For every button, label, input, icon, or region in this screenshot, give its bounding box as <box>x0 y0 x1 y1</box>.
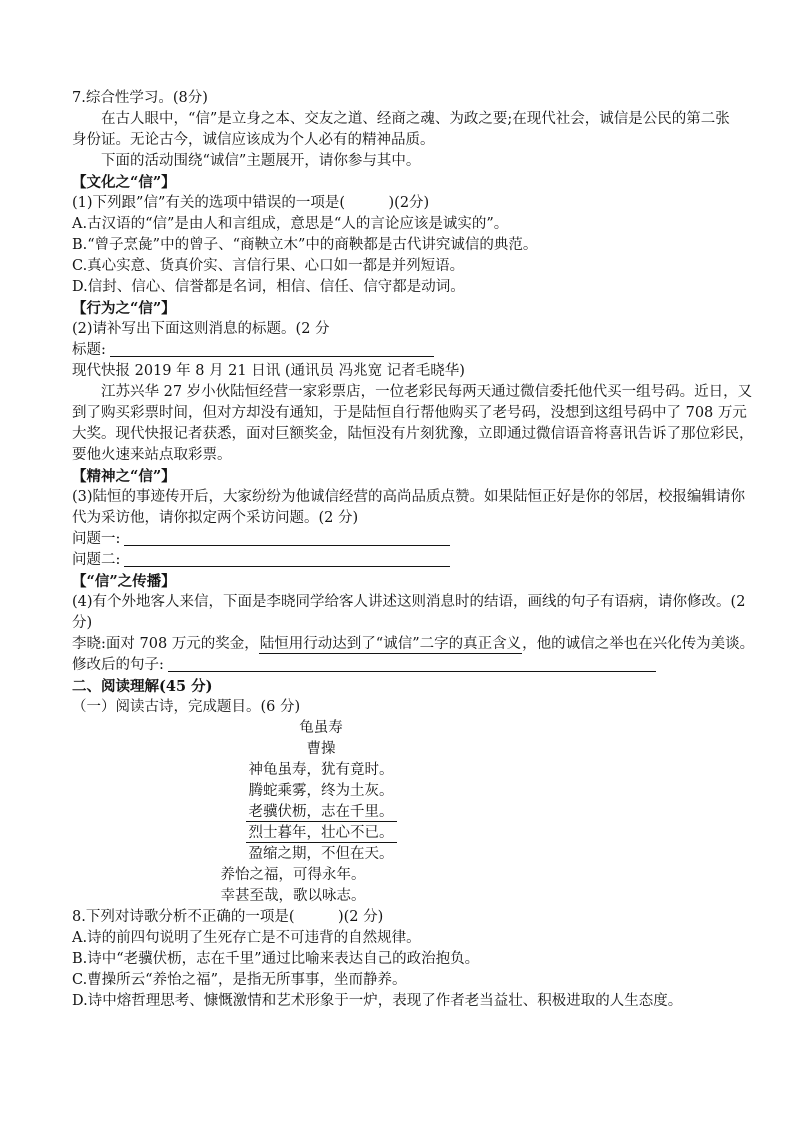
news-line-1: 江苏兴华 27 岁小伙陆恒经营一家彩票店，一位老彩民每两天通过微信委托他代买一组… <box>72 382 741 403</box>
question-8-option-b: B.诗中“老骥伏枥，志在千里”通过比喻来表达自己的政治抱负。 <box>72 949 741 970</box>
question-1: (1)下列跟”信”有关的选项中错误的一项是( )(2分) <box>72 193 741 214</box>
intro-paragraph-line-1: 在古人眼中，“信”是立身之本、交友之道、经商之魂、为政之要;在现代社会，诚信是公… <box>72 109 741 130</box>
poem-line: 腾蛇乘雾，终为土灰。 <box>72 781 570 802</box>
interview-answer-blank-1 <box>124 532 450 546</box>
question-1-label: 问题一: <box>72 531 120 547</box>
interview-answer-blank-2 <box>124 553 450 567</box>
question-1-option-c: C.真心实意、货真价实、言信行果、心口如一都是并列短语。 <box>72 256 741 277</box>
question-4-line-1: (4)有个外地客人来信，下面是李晓同学给客人讲述这则消息时的结语，画线的句子有语… <box>72 592 741 613</box>
lixiao-underlined-clause: 陆恒用行动达到了“诚信”二字的真正含义 <box>259 636 522 654</box>
section-behavior-heading: 【行为之“信”】 <box>72 298 741 319</box>
question-1-option-b: B.“曾子烹彘”中的曾子、“商鞅立木”中的商鞅都是古代讲究诚信的典范。 <box>72 235 741 256</box>
question-3-line-1: (3)陆恒的事迹传开后，大家纷纷为他诚信经营的高尚品质点赞。如果陆恒正好是你的邻… <box>72 487 741 508</box>
part-2-sub-heading: （一）阅读古诗，完成题目。(6 分) <box>72 697 741 718</box>
intro-paragraph-line-2: 身份证。无论古今，诚信应该成为个人必有的精神品质。 <box>72 130 741 151</box>
poem-line: 盈缩之期，不但在天。 <box>72 844 570 865</box>
interview-question-2-line: 问题二: <box>72 550 741 571</box>
section-spirit-heading: 【精神之“信”】 <box>72 466 741 487</box>
question-1-option-a: A.古汉语的“信”是由人和言组成，意思是“人的言论应该是诚实的”。 <box>72 214 741 235</box>
question-2-label: 问题二: <box>72 552 120 568</box>
section-spread-heading: 【“信”之传播】 <box>72 571 741 592</box>
poem-title: 龟虽寿 <box>72 718 570 739</box>
interview-question-1-line: 问题一: <box>72 529 741 550</box>
question-3-line-2: 代为采访他，请你拟定两个采访问题。(2 分) <box>72 508 741 529</box>
title-blank-line: 标题: <box>72 340 741 361</box>
poem-line: 神龟虽寿，犹有竟时。 <box>72 760 570 781</box>
lixiao-statement-line: 李晓:面对 708 万元的奖金，陆恒用行动达到了“诚信”二字的真正含义，他的诚信… <box>72 634 741 655</box>
question-8-option-d: D.诗中熔哲理思考、慷慨激情和艺术形象于一炉，表现了作者老当益壮、积极进取的人生… <box>72 991 741 1012</box>
news-line-4: 要他火速来站点取彩票。 <box>72 445 741 466</box>
poem-line-underlined: 烈士暮年，壮心不已。 <box>72 823 570 844</box>
question-8: 8.下列对诗歌分析不正确的一项是( )(2 分) <box>72 907 741 928</box>
lixiao-suffix: ，他的诚信之举也在兴化传为美谈。 <box>522 636 754 652</box>
poem-gui-sui-shou: 龟虽寿 曹操 神龟虽寿，犹有竟时。 腾蛇乘雾，终为土灰。 老骥伏枥，志在千里。 … <box>72 718 570 907</box>
revised-sentence-blank <box>168 658 656 672</box>
question-8-option-a: A.诗的前四句说明了生死存亡是不可违背的自然规律。 <box>72 928 741 949</box>
poem-author: 曹操 <box>72 739 570 760</box>
question-4-line-2: 分) <box>72 613 741 634</box>
exam-page: 7.综合性学习。(8分) 在古人眼中，“信”是立身之本、交友之道、经商之魂、为政… <box>0 0 793 1122</box>
lixiao-prefix: 李晓:面对 708 万元的奖金， <box>72 636 259 652</box>
poem-line: 幸甚至哉，歌以咏志。 <box>44 886 542 907</box>
section-culture-heading: 【文化之“信”】 <box>72 172 741 193</box>
news-line-2: 到了购买彩票时间，但对方却没有通知，于是陆恒自行帮他购买了老号码，没想到这组号码… <box>72 403 741 424</box>
news-source-line: 现代快报 2019 年 8 月 21 日讯 (通讯员 冯兆宽 记者毛晓华) <box>72 361 741 382</box>
question-1-option-d: D.信封、信心、信誉都是名词，相信、信任、信守都是动词。 <box>72 277 741 298</box>
news-line-3: 大奖。现代快报记者获悉，面对巨额奖金，陆恒没有片刻犹豫，立即通过微信语音将喜讯告… <box>72 424 741 445</box>
part-2-heading: 二、阅读理解(45 分) <box>72 676 741 697</box>
revised-sentence-line: 修改后的句子: <box>72 655 741 676</box>
revised-sentence-label: 修改后的句子: <box>72 657 164 673</box>
activity-line: 下面的活动围绕“诚信”主题展开，请你参与其中。 <box>72 151 741 172</box>
question-7-heading: 7.综合性学习。(8分) <box>72 88 741 109</box>
poem-line: 养怡之福，可得永年。 <box>44 865 542 886</box>
title-answer-blank <box>110 343 434 357</box>
question-8-option-c: C.曹操所云“养怡之福”，是指无所事事，坐而静养。 <box>72 970 741 991</box>
title-label: 标题: <box>72 342 106 358</box>
poem-line-underlined: 老骥伏枥，志在千里。 <box>72 802 570 823</box>
question-2: (2)请补写出下面这则消息的标题。(2 分 <box>72 319 741 340</box>
